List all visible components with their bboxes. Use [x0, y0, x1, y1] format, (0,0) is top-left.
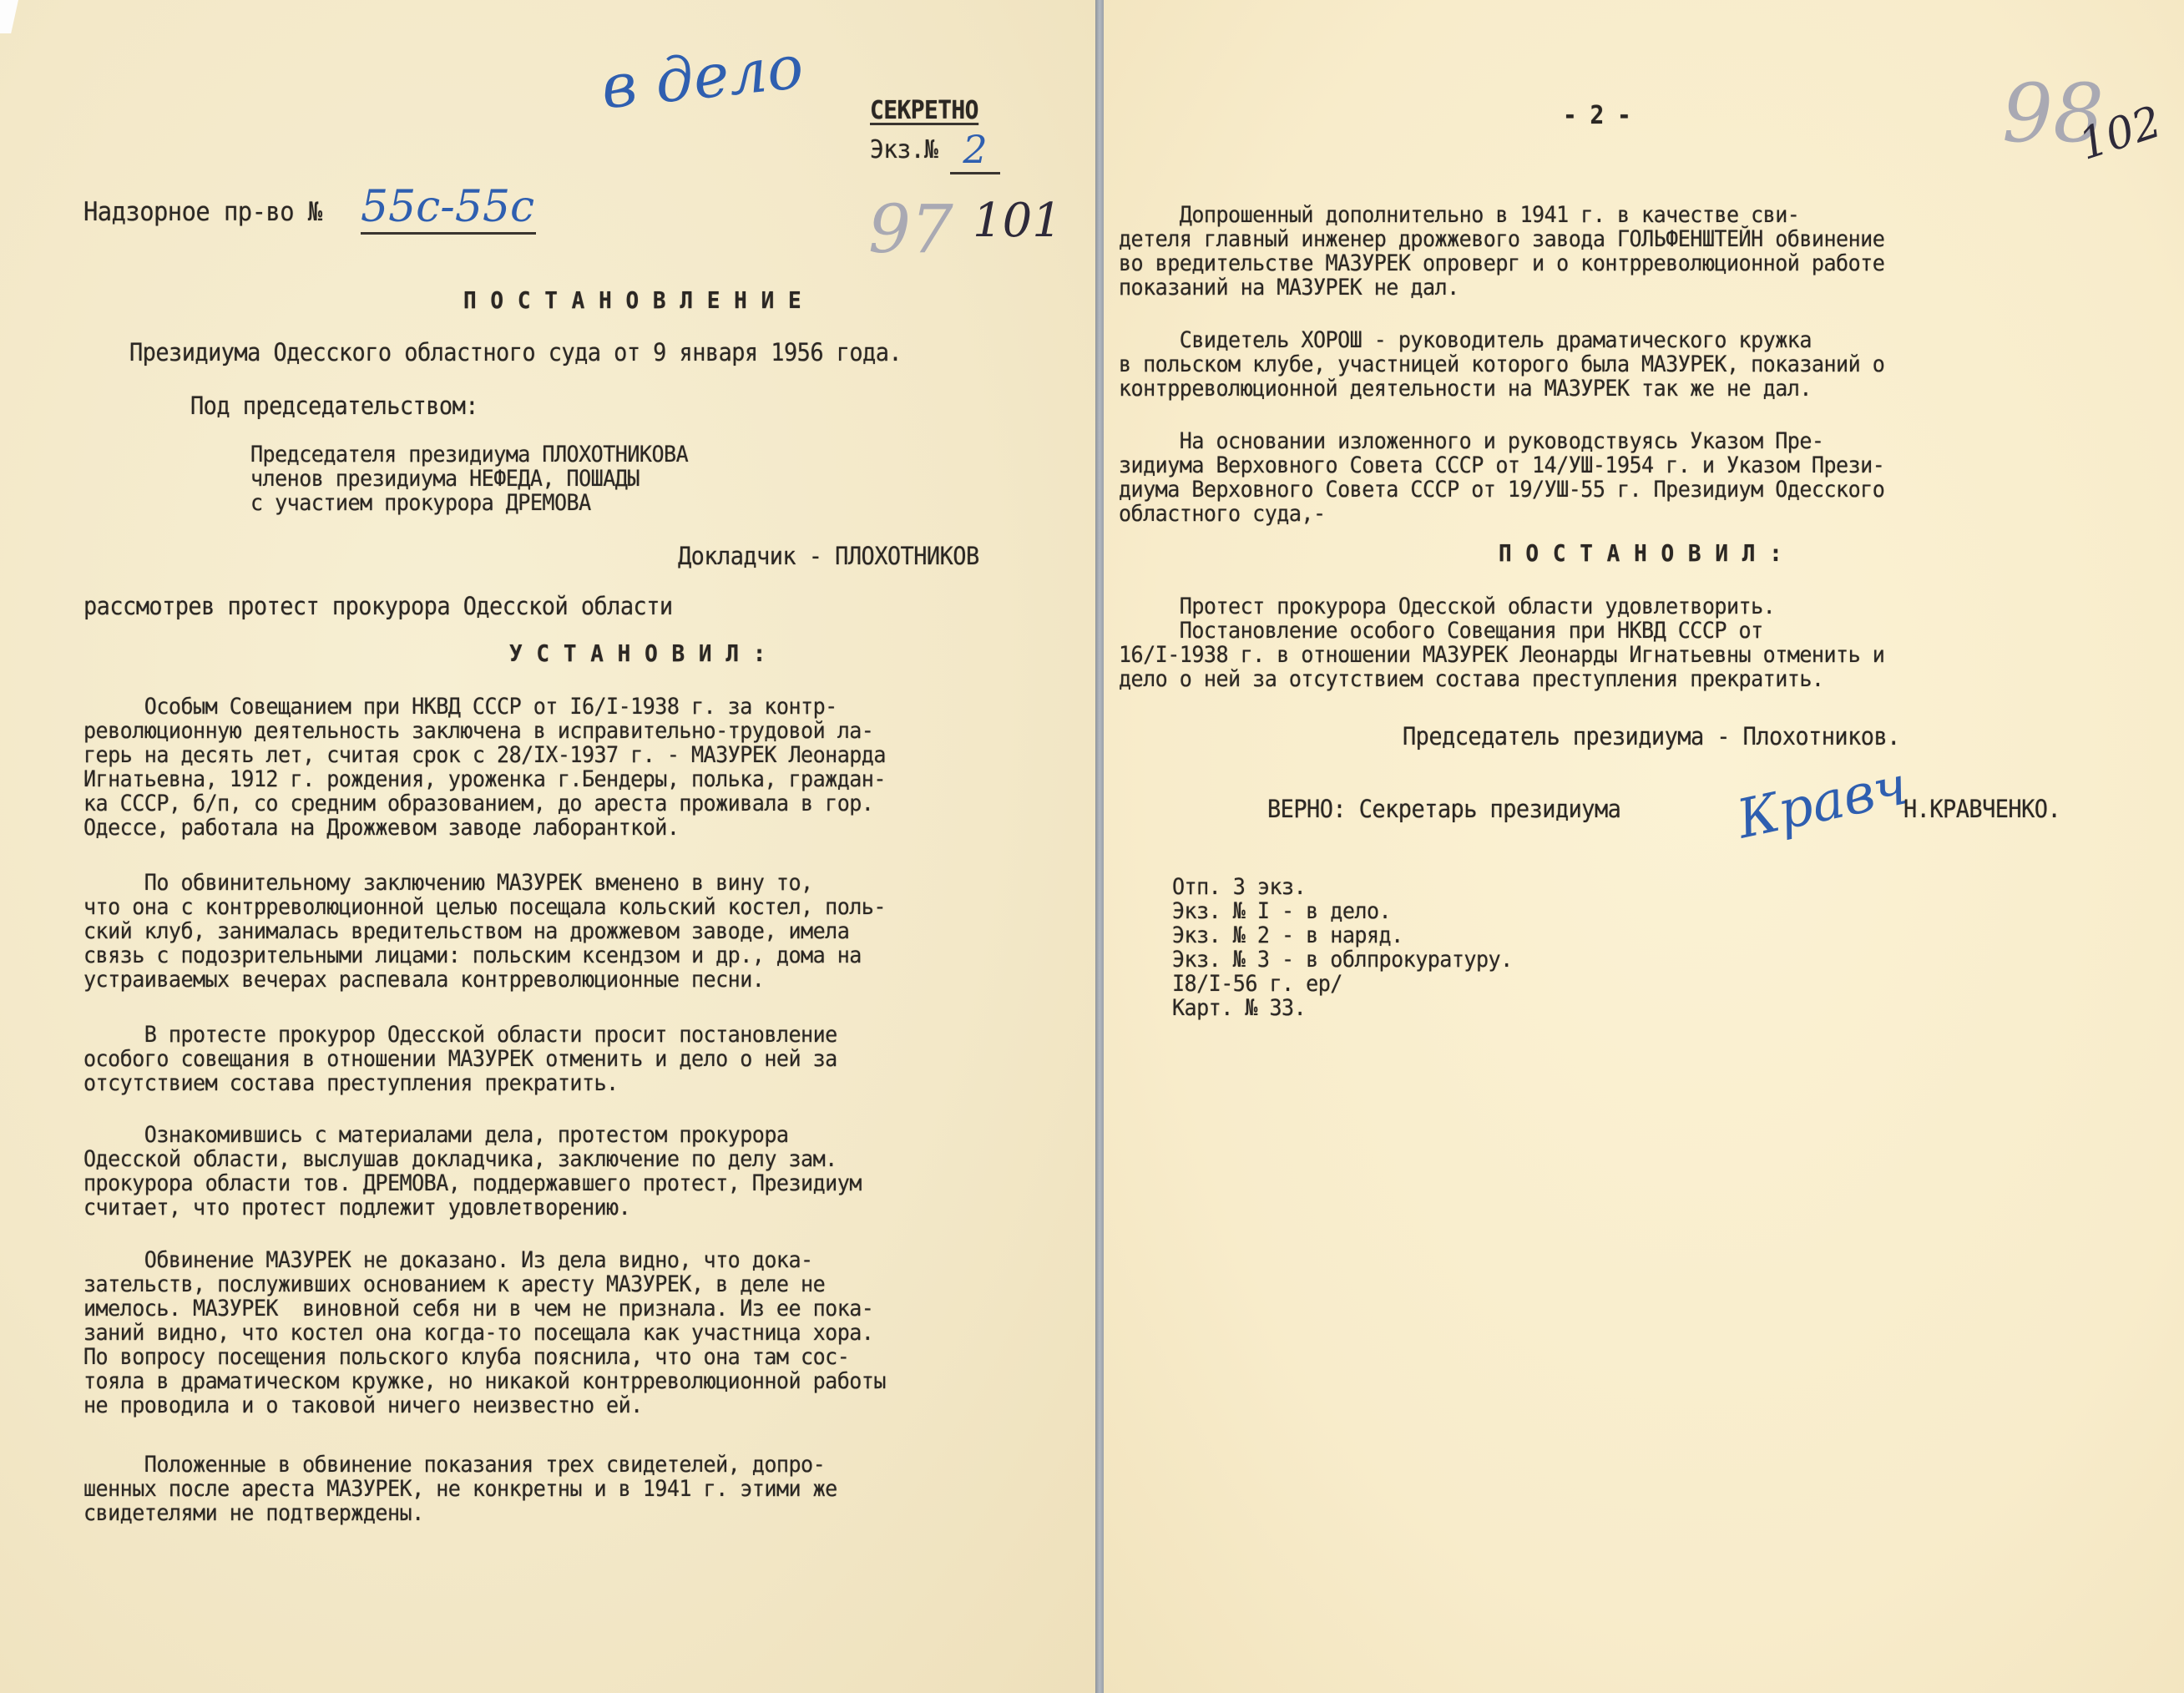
- certified-label: ВЕРНО: Секретарь президиума: [1267, 797, 1620, 821]
- text-line: считает, что протест подлежит удовлетвор…: [83, 1195, 862, 1220]
- considered-line: рассмотрев протест прокурора Одесской об…: [83, 594, 673, 619]
- text-line: ский клуб, занималась вредительством на …: [83, 919, 886, 943]
- copy-label: Экз.№: [870, 138, 938, 162]
- copy-number: 2: [950, 127, 1000, 174]
- distribution-list: Отп. 3 экз. Экз. № I - в дело. Экз. № 2 …: [1172, 875, 1538, 1020]
- text-line: что она с контрреволюционной целью посещ…: [83, 895, 886, 919]
- text-line: По вопросу посещения польского клуба поя…: [83, 1345, 886, 1369]
- text-line: прокурора области тов. ДРЕМОВА, поддержа…: [83, 1171, 862, 1195]
- distribution-item: Экз. № 2 - в наряд.: [1172, 923, 1513, 948]
- case-number: 55с-55с: [361, 182, 536, 235]
- text-line: имелось. МАЗУРЕК виновной себя ни в чем …: [83, 1296, 886, 1321]
- text-line: тояла в драматическом кружке, но никакой…: [83, 1369, 886, 1393]
- resolution: Протест прокурора Одесской области удовл…: [1119, 594, 1942, 691]
- paragraph: Обвинение МАЗУРЕК не доказано. Из дела в…: [83, 1248, 946, 1418]
- composition-line: членов президиума НЕФЕДА, ПОШАДЫ: [250, 467, 688, 491]
- paragraph: По обвинительному заключению МАЗУРЕК вме…: [83, 871, 946, 992]
- text-line: зательств, послуживших основанием к арес…: [83, 1272, 886, 1296]
- text-line: Особым Совещанием при НКВД СССР от I6/I-…: [83, 695, 886, 719]
- distribution-item: I8/I-56 г. ер/: [1172, 972, 1513, 996]
- page-number: - 2 -: [1563, 104, 1630, 128]
- distribution-item: Карт. № 33.: [1172, 996, 1513, 1020]
- text-line: отсутствием состава преступления прекрат…: [83, 1071, 837, 1095]
- text-line: областного суда,-: [1119, 502, 1884, 526]
- paragraph: На основании изложенного и руководствуяс…: [1119, 429, 1942, 526]
- text-line: зидиума Верховного Совета СССР от 14/УШ-…: [1119, 453, 1884, 478]
- resolved-heading: ПОСТАНОВИЛ:: [1499, 541, 1797, 565]
- classification-label: СЕКРЕТНО: [870, 99, 978, 125]
- page-gutter: [1095, 0, 1104, 1693]
- text-line: Обвинение МАЗУРЕК не доказано. Из дела в…: [83, 1248, 886, 1272]
- paragraph: Свидетель ХОРОШ - руководитель драматиче…: [1119, 328, 1942, 401]
- paragraph: Ознакомившись с материалами дела, протес…: [83, 1123, 920, 1220]
- text-line: Одесской области, выслушав докладчика, з…: [83, 1147, 862, 1171]
- paragraph: Особым Совещанием при НКВД СССР от I6/I-…: [83, 695, 946, 840]
- text-line: Допрошенный дополнительно в 1941 г. в ка…: [1119, 203, 1884, 227]
- established-heading: УСТАНОВИЛ:: [509, 641, 780, 665]
- text-line: Положенные в обвинение показания трех св…: [83, 1453, 837, 1477]
- chair-intro: Под председательством:: [190, 394, 478, 418]
- text-line: Игнатьевна, 1912 г. рождения, уроженка г…: [83, 767, 886, 791]
- text-line: шенных после ареста МАЗУРЕК, не конкретн…: [83, 1477, 837, 1501]
- folio-ink-left: 101: [973, 194, 1062, 248]
- text-line: показаний на МАЗУРЕК не дал.: [1119, 275, 1884, 300]
- text-line: Постановление особого Совещания при НКВД…: [1119, 619, 1884, 643]
- text-line: в польском клубе, участницей которого бы…: [1119, 352, 1884, 377]
- distribution-item: Экз. № I - в дело.: [1172, 899, 1513, 923]
- paragraph: Положенные в обвинение показания трех св…: [83, 1453, 894, 1525]
- text-line: Свидетель ХОРОШ - руководитель драматиче…: [1119, 328, 1884, 352]
- chairman-line: Председатель президиума - Плохотников.: [1403, 725, 1900, 749]
- reporter: Докладчик - ПЛОХОТНИКОВ: [678, 544, 979, 569]
- text-line: В протесте прокурор Одесской области про…: [83, 1023, 837, 1047]
- document-subtitle: Президиума Одесского областного суда от …: [129, 341, 902, 365]
- text-line: не проводила и о таковой ничего неизвест…: [83, 1393, 886, 1418]
- text-line: ка СССР, б/п, со средним образованием, д…: [83, 791, 886, 816]
- text-line: контрреволюционной деятельности на МАЗУР…: [1119, 377, 1884, 401]
- text-line: герь на десять лет, считая срок с 28/IX-…: [83, 743, 886, 767]
- text-line: По обвинительному заключению МАЗУРЕК вме…: [83, 871, 886, 895]
- text-line: детеля главный инженер дрожжевого завода…: [1119, 227, 1884, 251]
- distribution-item: Отп. 3 экз.: [1172, 875, 1513, 899]
- folio-pencil-left: 97: [868, 190, 953, 268]
- case-label: Надзорное пр-во №: [83, 200, 322, 225]
- text-line: заний видно, что костел она когда-то пос…: [83, 1321, 886, 1345]
- text-line: особого совещания в отношении МАЗУРЕК от…: [83, 1047, 837, 1071]
- text-line: Протест прокурора Одесской области удовл…: [1119, 594, 1884, 619]
- paragraph: В протесте прокурор Одесской области про…: [83, 1023, 894, 1095]
- text-line: свидетелями не подтверждены.: [83, 1501, 837, 1525]
- secretary-name: Н.КРАВЧЕНКО.: [1903, 797, 2060, 821]
- text-line: Одессе, работала на Дрожжевом заводе лаб…: [83, 816, 886, 840]
- text-line: связь с подозрительными лицами: польским…: [83, 943, 886, 968]
- text-line: во вредительстве МАЗУРЕК опроверг и о ко…: [1119, 251, 1884, 275]
- paragraph: Допрошенный дополнительно в 1941 г. в ка…: [1119, 203, 1942, 300]
- distribution-item: Экз. № 3 - в облпрокуратуру.: [1172, 948, 1513, 972]
- text-line: революционную деятельность заключена в и…: [83, 719, 886, 743]
- text-line: 16/I-1938 г. в отношении МАЗУРЕК Леонард…: [1119, 643, 1884, 667]
- composition-line: Председателя президиума ПЛОХОТНИКОВА: [250, 442, 688, 467]
- composition-line: с участием прокурора ДРЕМОВА: [250, 491, 688, 515]
- text-line: устраиваемых вечерах распевала контррево…: [83, 968, 886, 992]
- text-line: На основании изложенного и руководствуяс…: [1119, 429, 1884, 453]
- composition: Председателя президиума ПЛОХОТНИКОВА чле…: [250, 442, 721, 515]
- text-line: Ознакомившись с материалами дела, протес…: [83, 1123, 862, 1147]
- text-line: дело о ней за отсутствием состава престу…: [1119, 667, 1884, 691]
- text-line: диума Верховного Совета СССР от 19/УШ-55…: [1119, 478, 1884, 502]
- document-title: ПОСТАНОВЛЕНИЕ: [463, 288, 815, 312]
